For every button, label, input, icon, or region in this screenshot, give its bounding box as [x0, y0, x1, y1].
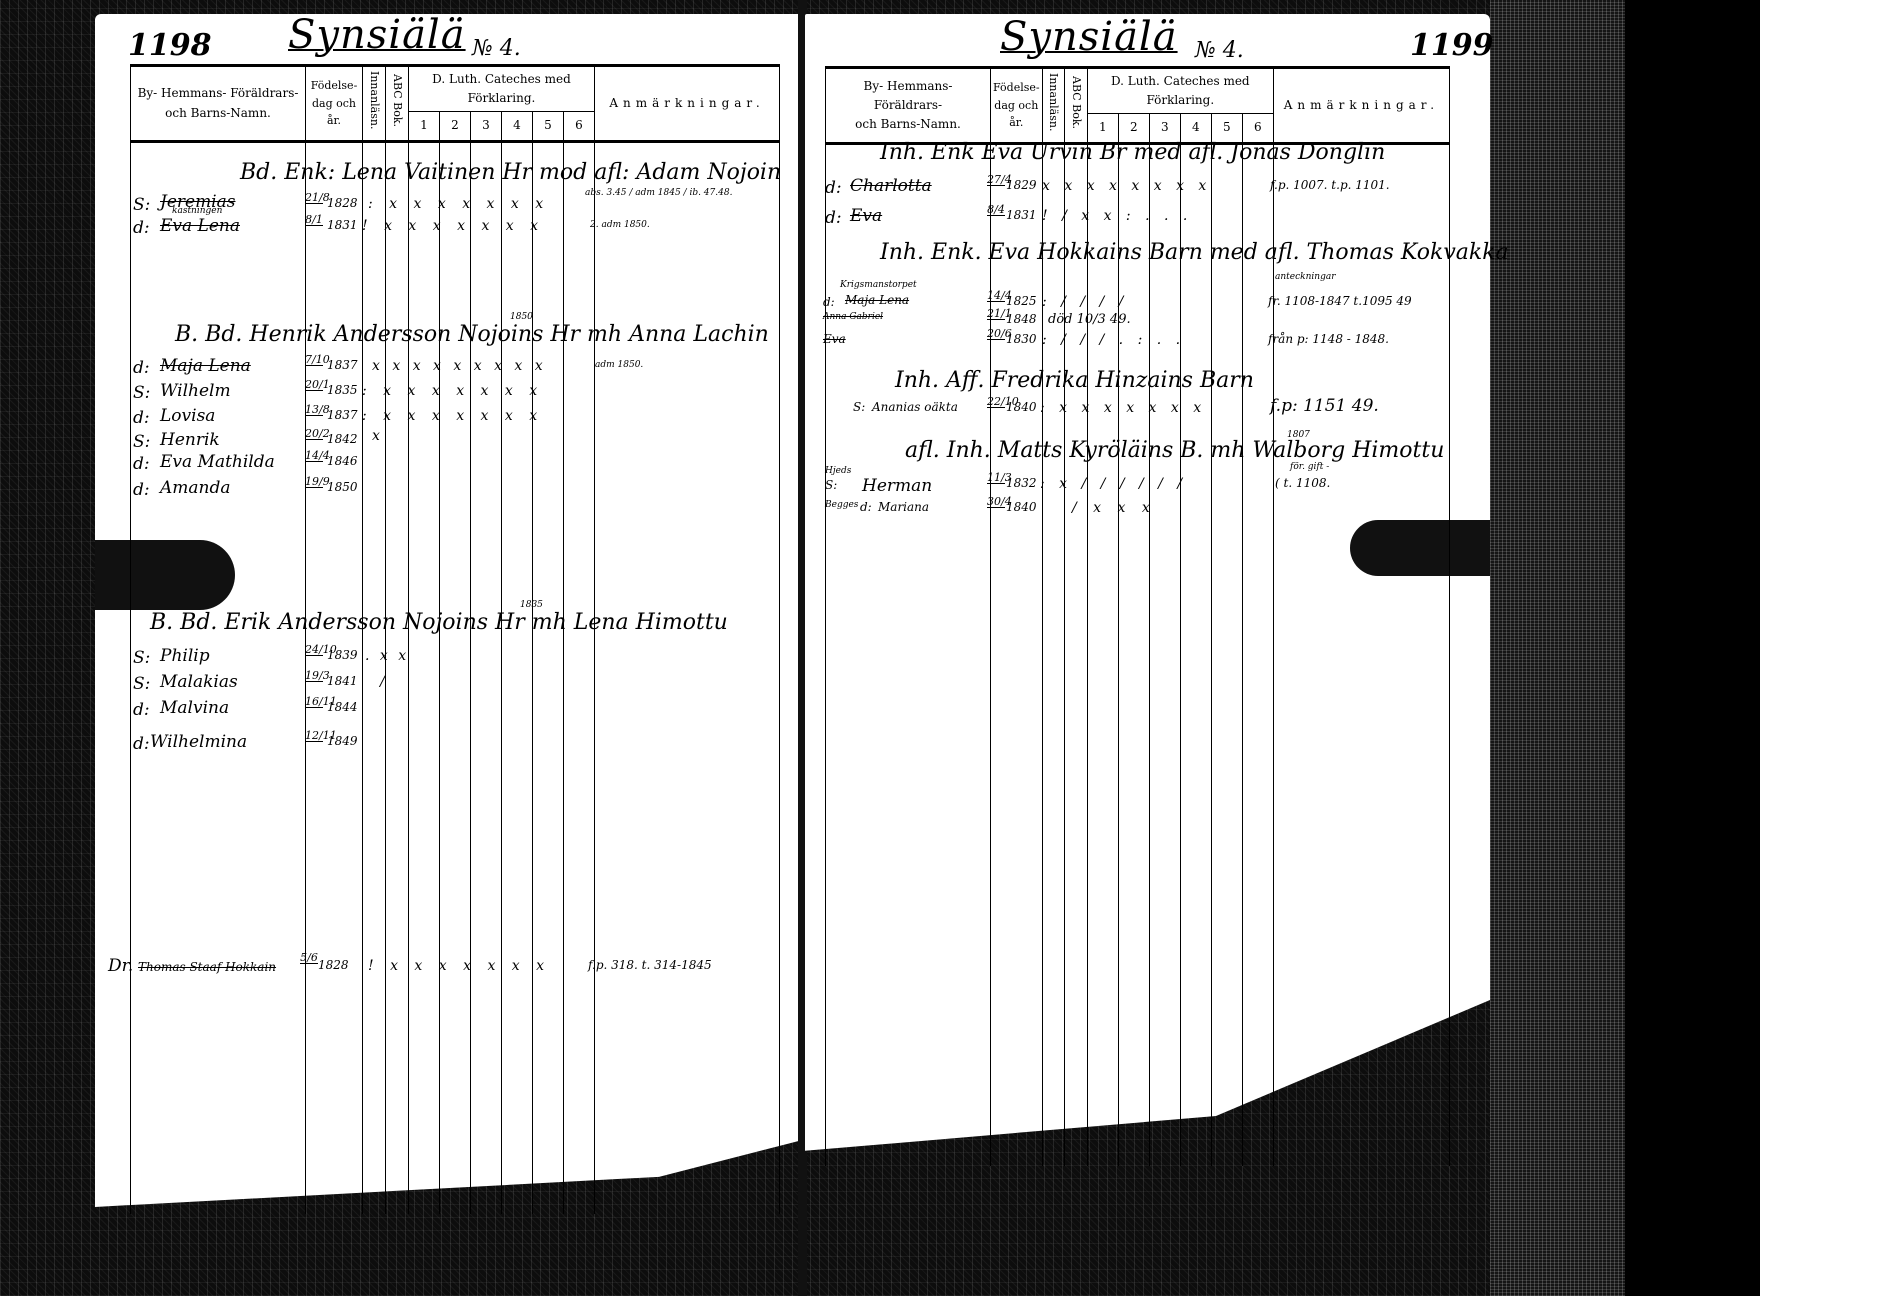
header-cat-2: 2: [1118, 114, 1149, 144]
header-cat-3: 3: [1149, 114, 1180, 144]
catechism-marks: : x x x x x x x: [362, 408, 537, 424]
catechism-marks: : x x x x x x x: [1040, 400, 1201, 416]
child-name: Anna Gabriel: [823, 312, 883, 322]
catechism-marks: . x x: [365, 648, 406, 664]
child-note: Hjeds: [825, 466, 851, 476]
remark: från p: 1148 - 1848.: [1268, 332, 1389, 346]
child-prefix: d:: [133, 358, 150, 378]
birth-year: 1837: [327, 408, 358, 422]
child-prefix: d:: [825, 178, 842, 198]
birth-year: 1828: [318, 958, 349, 972]
birth-day: 14/4: [305, 450, 323, 462]
remark: adm 1850.: [595, 360, 643, 370]
birth-day: 22/10: [987, 396, 1005, 408]
catechism-marks: död 10/3 49.: [1048, 312, 1131, 327]
child-name: Eva Lena: [160, 216, 240, 236]
birth-year: 1849: [327, 734, 358, 748]
child-name: Mariana: [878, 500, 929, 514]
place-number-right: № 4.: [1195, 38, 1244, 63]
header-cat-6: 6: [1242, 114, 1273, 144]
header-names: By- Hemmans- Föräldrars-och Barns-Namn.: [826, 68, 991, 144]
header-innanlasn: Innanläsn.: [363, 66, 386, 142]
child-name: Charlotta: [850, 176, 932, 196]
birth-year: 1848: [1006, 312, 1037, 326]
header-cat-1: 1: [409, 112, 440, 142]
child-prefix: d:: [133, 454, 150, 474]
child-prefix: S:: [853, 400, 865, 414]
child-prefix: d:: [860, 500, 872, 514]
catechism-marks: : x x x x x x x: [362, 383, 537, 399]
header-names: By- Hemmans- Föräldrars-och Barns-Namn.: [131, 66, 306, 142]
birth-year: 1842: [327, 432, 358, 446]
household-heading: afl. Inh. Matts Kyröläins B. mh Walborg …: [905, 438, 1444, 463]
child-name: Philip: [160, 646, 210, 666]
child-name: Amanda: [160, 478, 231, 498]
birth-day: 30/4: [987, 496, 1005, 508]
book-cover-edge: [1490, 0, 1625, 1296]
birth-year: 1840: [1006, 400, 1037, 414]
header-catechism: D. Luth. Cateches med Förklaring.: [409, 66, 595, 112]
remark-note: för. gift -: [1290, 462, 1329, 472]
catechism-marks: ! / x x : . . .: [1042, 208, 1187, 224]
birth-day: 19/9: [305, 476, 323, 488]
birth-day: 11/3: [987, 472, 1005, 484]
birth-year: 1837: [327, 358, 358, 372]
household-heading: B. Bd. Erik Andersson Nojoins Hr mh Lena…: [150, 610, 728, 635]
register-table-right: By- Hemmans- Föräldrars-och Barns-Namn. …: [825, 66, 1450, 1166]
place-number-left: № 4.: [472, 36, 521, 61]
birth-day: 7/10: [305, 354, 323, 366]
page-number-left: 1198: [128, 28, 212, 63]
child-name: Wilhelmina: [150, 732, 247, 752]
child-prefix: S:: [133, 432, 150, 452]
child-prefix: S:: [133, 674, 150, 694]
birth-day: 8/1: [305, 214, 323, 226]
header-abc: ABC Bok.: [386, 66, 409, 142]
birth-year: 1829: [1006, 178, 1037, 192]
child-prefix: d:: [133, 700, 150, 720]
child-prefix: d:: [133, 734, 150, 754]
remark: f.p: 1151 49.: [1270, 396, 1379, 416]
header-cat-1: 1: [1087, 114, 1118, 144]
birth-year: 1844: [327, 700, 358, 714]
birth-day: 27/4: [987, 174, 1005, 186]
place-title-left: Synsiälä: [288, 12, 466, 58]
header-cat-6: 6: [564, 112, 595, 142]
household-heading: Inh. Aff. Fredrika Hinzains Barn: [895, 368, 1254, 393]
page-number-right: 1199: [1410, 28, 1494, 63]
child-name: Maja Lena: [845, 293, 909, 307]
header-cat-2: 2: [440, 112, 471, 142]
birth-year: 1840: [1006, 500, 1037, 514]
birth-year: 1835: [327, 383, 358, 397]
child-name: Wilhelm: [160, 381, 231, 401]
child-name: Malvina: [160, 698, 229, 718]
catechism-marks: : / / / . : . .: [1042, 332, 1180, 348]
catechism-marks: : x / / / / / /: [1040, 476, 1182, 492]
header-birth: Födelse-dag ochår.: [991, 68, 1043, 144]
household-heading: Inh. Enk Eva Urvin Br med afl. Jonas Don…: [880, 140, 1385, 165]
child-name: Maja Lena: [160, 356, 251, 376]
catechism-marks: x: [372, 428, 380, 444]
birth-day: 21/8: [305, 192, 323, 204]
header-cat-3: 3: [471, 112, 502, 142]
birth-year: 1846: [327, 454, 358, 468]
child-prefix: S:: [133, 383, 150, 403]
catechism-marks: x x x x x x x x: [1042, 178, 1206, 194]
catechism-marks: ! x x x x x x x: [362, 218, 538, 234]
catechism-marks: / x x x: [1072, 500, 1150, 516]
header-catechism: D. Luth. Cateches med Förklaring.: [1087, 68, 1273, 114]
child-name: Eva Mathilda: [160, 452, 275, 472]
remark: f.p. 318. t. 314-1845: [588, 958, 712, 972]
header-birth: Födelse-dag ochår.: [306, 66, 363, 142]
header-cat-5: 5: [1211, 114, 1242, 144]
remark: fr. 1108-1847 t.1095 49: [1268, 294, 1412, 308]
birth-year: 1841: [327, 674, 358, 688]
child-note: Krigsmanstorpet: [840, 280, 917, 290]
header-abc: ABC Bok.: [1065, 68, 1088, 144]
child-name: Henrik: [160, 430, 220, 450]
remark: f.p. 1007. t.p. 1101.: [1270, 178, 1390, 192]
birth-year: 1831: [1006, 208, 1037, 222]
birth-day: 5/6: [300, 952, 318, 964]
child-prefix: d:: [133, 480, 150, 500]
remark: ( t. 1108.: [1275, 476, 1330, 490]
catechism-marks: ! x x x x x x x: [368, 958, 544, 974]
header-cat-5: 5: [533, 112, 564, 142]
birth-year: 1825: [1006, 294, 1037, 308]
birth-year: 1832: [1006, 476, 1037, 490]
birth-day: 20/6: [987, 328, 1005, 340]
margin-white: [1760, 0, 1900, 1296]
catechism-marks: /: [380, 674, 385, 690]
child-note: Begges: [825, 500, 858, 510]
child-name: Malakias: [160, 672, 238, 692]
birth-day: 14/4: [987, 290, 1005, 302]
child-name: Ananias oäkta: [872, 400, 958, 414]
birth-day: 13/8: [305, 404, 323, 416]
child-name: Eva: [850, 206, 882, 226]
header-cat-4: 4: [502, 112, 533, 142]
child-note: kastningen: [172, 206, 222, 216]
catechism-marks: x x x x x x x x x: [372, 358, 543, 374]
child-name: Herman: [862, 476, 932, 496]
birth-year: 1828: [327, 196, 358, 210]
child-prefix: d:: [133, 408, 150, 428]
birth-year: 1850: [327, 480, 358, 494]
header-remarks: Anmärkningar.: [1273, 68, 1449, 144]
heading-note: 1835: [520, 600, 543, 610]
birth-day: 16/11: [305, 696, 323, 708]
catechism-marks: : / / / /: [1042, 294, 1123, 310]
child-name: Thomas Staaf Hokkain: [138, 960, 276, 974]
child-prefix: S:: [825, 478, 837, 492]
child-prefix: d:: [825, 208, 842, 228]
birth-day: 19/3: [305, 670, 323, 682]
birth-day: 20/1: [305, 379, 323, 391]
book-cover-dark: [1625, 0, 1760, 1296]
child-prefix: Dr.: [108, 956, 133, 976]
child-name: Lovisa: [160, 406, 215, 426]
child-prefix: d:: [823, 295, 835, 309]
birth-day: 21/1: [987, 308, 1005, 320]
header-innanlasn: Innanläsn.: [1042, 68, 1065, 144]
child-prefix: S:: [133, 648, 150, 668]
register-table-left: By- Hemmans- Föräldrars-och Barns-Namn. …: [130, 64, 780, 1214]
header-cat-4: 4: [1180, 114, 1211, 144]
birth-year: 1830: [1006, 332, 1037, 346]
child-prefix: S:: [133, 195, 150, 215]
household-heading: Inh. Enk. Eva Hokkains Barn med afl. Tho…: [880, 240, 1509, 265]
birth-year: 1831: [327, 218, 358, 232]
birth-day: 8/4: [987, 204, 1005, 216]
remark: abs. 3.45 / adm 1845 / ib. 47.48.: [585, 188, 755, 198]
household-heading: B. Bd. Henrik Andersson Nojoins Hr mh An…: [175, 322, 769, 347]
place-title-right: Synsiälä: [1000, 14, 1178, 60]
child-name: Eva: [823, 332, 846, 346]
birth-day: 24/10: [305, 644, 323, 656]
header-remarks: Anmärkningar.: [595, 66, 780, 142]
birth-year: 1839: [327, 648, 358, 662]
household-heading: Bd. Enk: Lena Vaitinen Hr mod afl: Adam …: [240, 160, 781, 185]
birth-day: 12/11: [305, 730, 323, 742]
remark: 2. adm 1850.: [590, 220, 650, 230]
catechism-marks: : x x x x x x x: [368, 196, 543, 212]
heading-note: 1850: [510, 312, 533, 322]
child-prefix: d:: [133, 218, 150, 238]
remark-note: anteckningar: [1275, 272, 1336, 282]
birth-day: 20/2: [305, 428, 323, 440]
